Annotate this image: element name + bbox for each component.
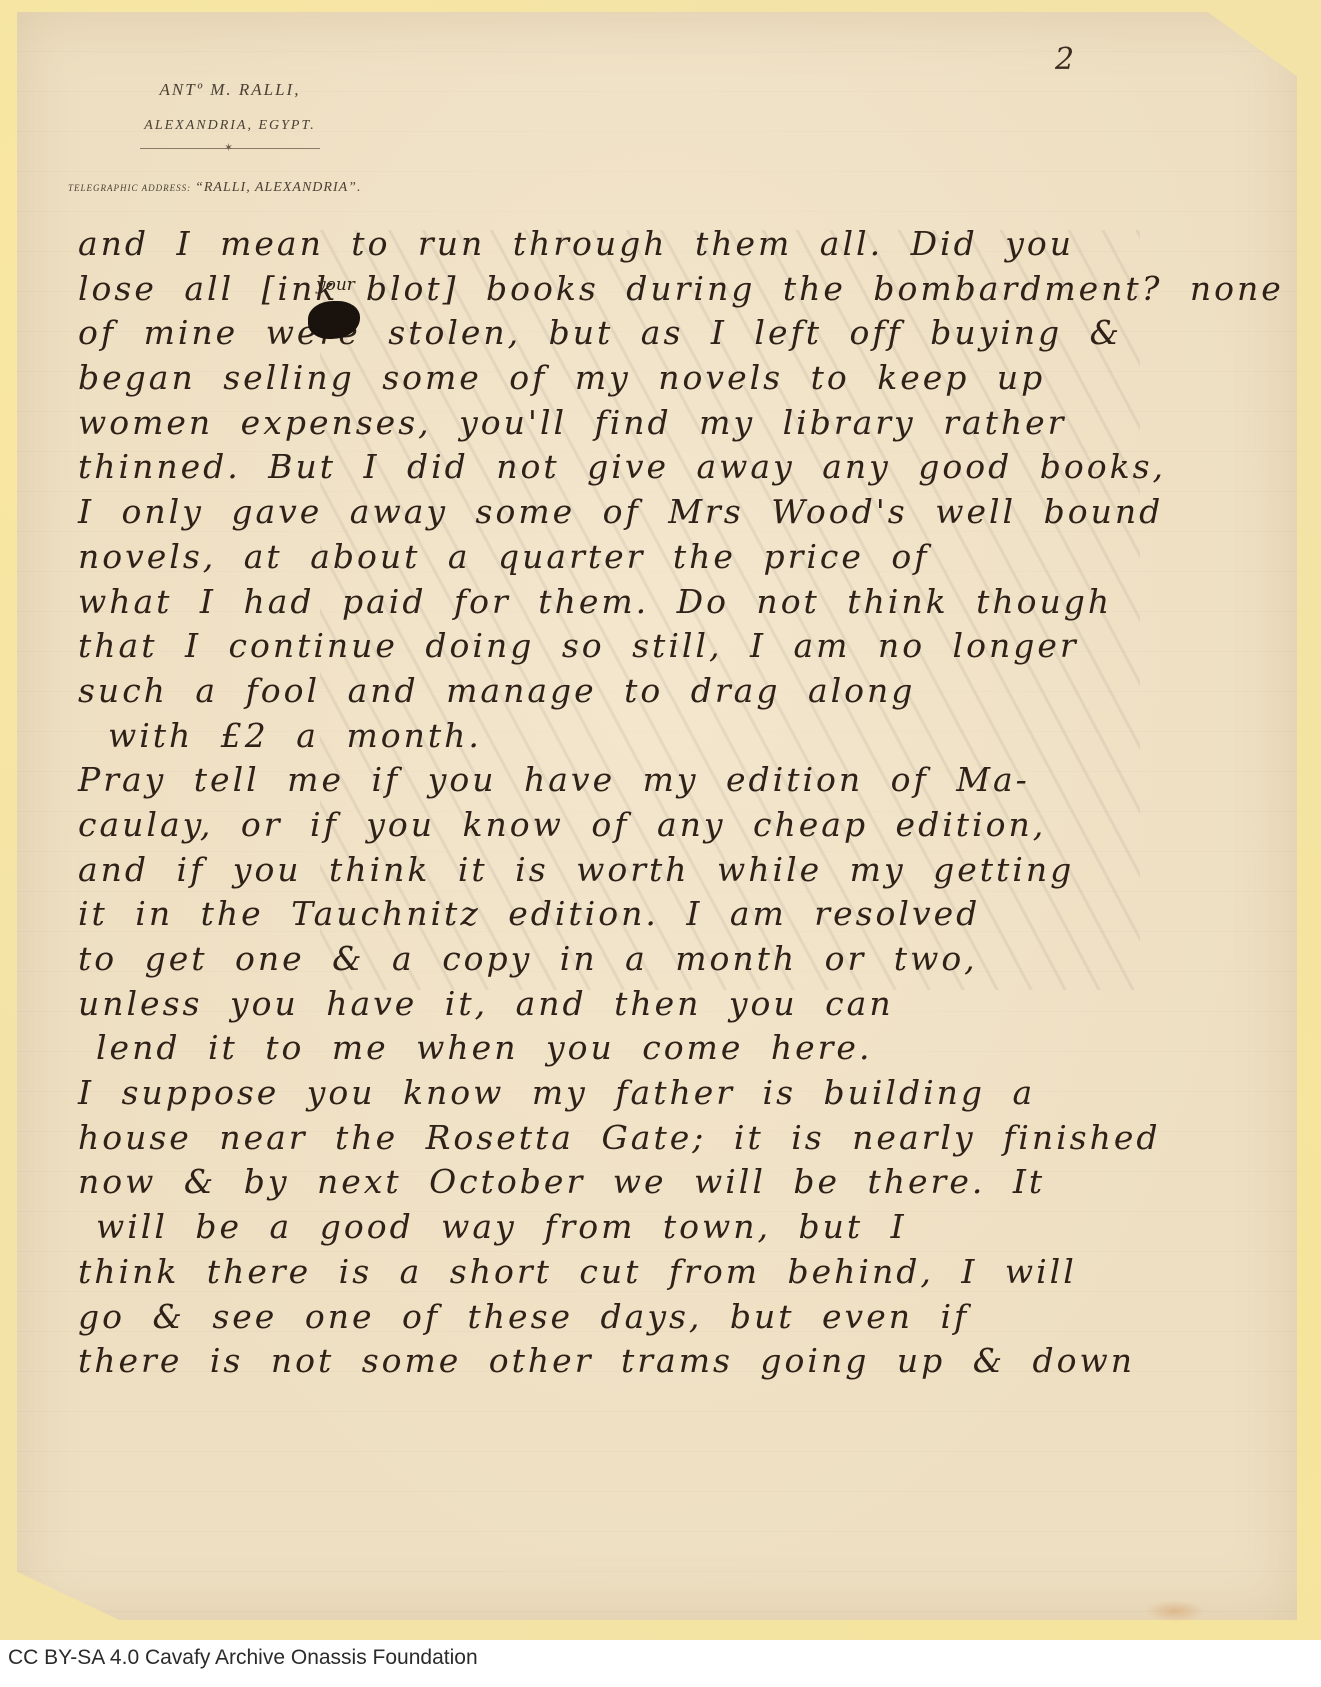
letter-line: and if you think it is worth while my ge… (78, 848, 1268, 893)
letter-line: of mine were stolen, but as I left off b… (78, 311, 1268, 356)
letter-line: to get one & a copy in a month or two, (78, 937, 1268, 982)
letter-line: and I mean to run through them all. Did … (78, 222, 1268, 267)
telegraphic-address: Telegraphic Address: “RALLI, ALEXANDRIA”… (68, 178, 361, 196)
page-number: 2 (1055, 42, 1074, 77)
letter-line: I only gave away some of Mrs Wood's well… (78, 490, 1268, 535)
letter-line: such a fool and manage to drag along (78, 669, 1268, 714)
paper-stain (1145, 1600, 1205, 1622)
letter-line: think there is a short cut from behind, … (78, 1250, 1268, 1295)
scanned-document: ANTº M. RALLI, ALEXANDRIA, EGYPT. ✶ Tele… (0, 0, 1321, 1640)
telegraphic-address-label: Telegraphic Address: (68, 183, 191, 193)
letter-line: lend it to me when you come here. (78, 1026, 1268, 1071)
letter-line: thinned. But I did not give away any goo… (78, 445, 1268, 490)
interlinear-insertion: your (316, 275, 355, 295)
letter-line: house near the Rosetta Gate; it is nearl… (78, 1116, 1268, 1161)
letterhead-location: ALEXANDRIA, EGYPT. (60, 118, 400, 134)
letter-line: will be a good way from town, but I (78, 1205, 1268, 1250)
letterhead-name: ANTº M. RALLI, (60, 80, 400, 100)
letterhead-divider: ✶ (140, 148, 320, 149)
letter-line: what I had paid for them. Do not think t… (78, 580, 1268, 625)
letter-line: I suppose you know my father is building… (78, 1071, 1268, 1116)
letter-line: there is not some other trams going up &… (78, 1339, 1268, 1384)
letter-line: go & see one of these days, but even if (78, 1295, 1268, 1340)
license-caption: CC BY-SA 4.0 Cavafy Archive Onassis Foun… (8, 1646, 478, 1670)
letter-body: and I mean to run through them all. Did … (78, 222, 1268, 1384)
letter-line: with £2 a month. (78, 714, 1268, 759)
telegraphic-address-value: “RALLI, ALEXANDRIA”. (195, 180, 361, 195)
star-ornament-icon: ✶ (224, 141, 233, 154)
letterhead: ANTº M. RALLI, ALEXANDRIA, EGYPT. ✶ (60, 60, 400, 149)
letter-line: began selling some of my novels to keep … (78, 356, 1268, 401)
letter-line: now & by next October we will be there. … (78, 1160, 1268, 1205)
letter-line: that I continue doing so still, I am no … (78, 624, 1268, 669)
letter-line: caulay, or if you know of any cheap edit… (78, 803, 1268, 848)
letter-line: it in the Tauchnitz edition. I am resolv… (78, 892, 1268, 937)
letter-line: unless you have it, and then you can (78, 982, 1268, 1027)
letter-line: women expenses, you'll find my library r… (78, 401, 1268, 446)
letter-line: novels, at about a quarter the price of (78, 535, 1268, 580)
letter-line: Pray tell me if you have my edition of M… (78, 758, 1268, 803)
letter-line: lose all [ink blot] books during the bom… (78, 267, 1268, 312)
